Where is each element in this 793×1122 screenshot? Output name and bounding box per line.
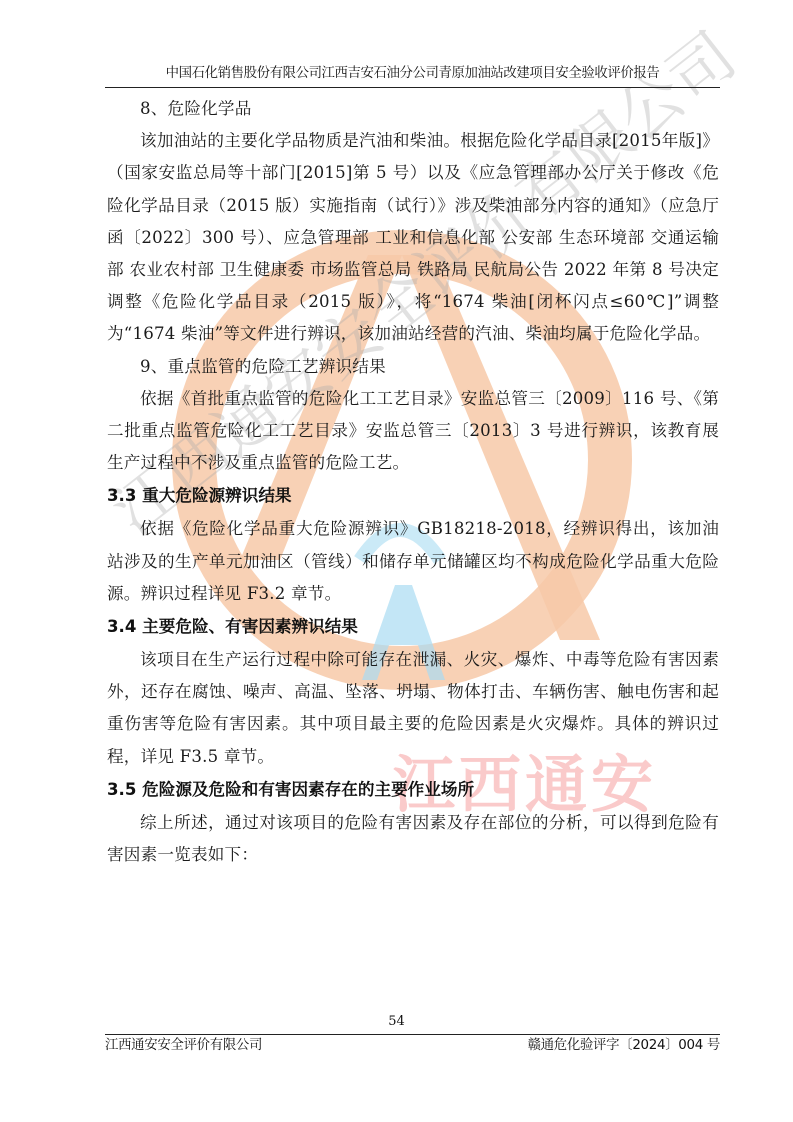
- item-8-paragraph: 该加油站的主要化学品物质是汽油和柴油。根据危险化学品目录[2015年版]》（国家…: [107, 125, 719, 350]
- item-8-heading: 8、危险化学品: [107, 93, 719, 125]
- page-number: 54: [0, 1014, 793, 1029]
- section-3-5-heading: 3.5 危险源及危险和有害因素存在的主要作业场所: [107, 773, 719, 807]
- section-3-3-heading: 3.3 重大危险源辨识结果: [107, 479, 719, 513]
- item-9-paragraph: 依据《首批重点监管的危险化工工艺目录》安监总管三〔2009〕116 号、《第二批…: [107, 383, 719, 480]
- page-footer: 江西通安安全评价有限公司 赣通危化验评字〔2024〕004 号: [105, 1034, 720, 1057]
- page-header: 中国石化销售股份有限公司江西吉安石油分公司青原加油站改建项目安全验收评价报告: [105, 63, 720, 88]
- section-3-4-paragraph: 该项目在生产运行过程中除可能存在泄漏、火灾、爆炸、中毒等危险有害因素外，还存在腐…: [107, 644, 719, 773]
- section-3-3-paragraph: 依据《危险化学品重大危险源辨识》GB18218-2018，经辨识得出，该加油站涉…: [107, 513, 719, 610]
- footer-report-number: 赣通危化验评字〔2024〕004 号: [528, 1035, 720, 1057]
- item-9-heading: 9、重点监管的危险工艺辨识结果: [107, 351, 719, 383]
- document-page: 江西通安安全评价有限公司 江西通安 中国石化销售股份有限公司江西吉安石油分公司青…: [0, 0, 793, 1122]
- report-title: 中国石化销售股份有限公司江西吉安石油分公司青原加油站改建项目安全验收评价报告: [166, 66, 660, 81]
- section-3-4-heading: 3.4 主要危险、有害因素辨识结果: [107, 610, 719, 644]
- footer-company: 江西通安安全评价有限公司: [105, 1035, 262, 1057]
- document-body: 8、危险化学品 该加油站的主要化学品物质是汽油和柴油。根据危险化学品目录[201…: [107, 93, 719, 871]
- section-3-5-paragraph: 综上所述，通过对该项目的危险有害因素及存在部位的分析，可以得到危险有害因素一览表…: [107, 807, 719, 871]
